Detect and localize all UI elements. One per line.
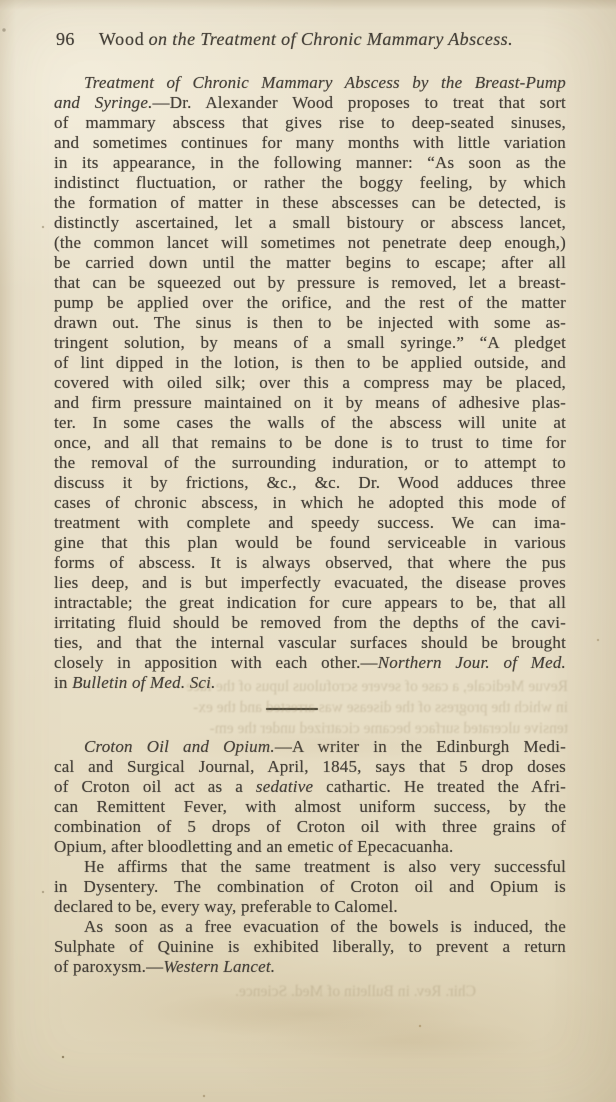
bleedthrough-text-bottom: Chir. Rev. in Bulletin of Med. Science. bbox=[56, 981, 476, 1002]
text-line: intractable; the great indication for cu… bbox=[54, 593, 566, 613]
text-line: and Syringe.—Dr. Alexander Wood proposes… bbox=[54, 93, 566, 113]
text-line: gine that this plan would be found servi… bbox=[54, 533, 566, 553]
text-line: discuss it by frictions, &c., &c. Dr. Wo… bbox=[54, 473, 566, 493]
text-line: treatment with complete and speedy succe… bbox=[54, 513, 566, 533]
scanned-book-page: 96 Woodon the Treatment of Chronic Mamma… bbox=[0, 0, 616, 1102]
text-line: indistinct fluctuation, or rather the bo… bbox=[54, 173, 566, 193]
running-head-title: on the Treatment of Chronic Mammary Absc… bbox=[149, 29, 513, 49]
text-line: in Dysentery. The combination of Croton … bbox=[54, 877, 566, 897]
text-line: of mammary abscess that gives rise to de… bbox=[54, 113, 566, 133]
text-line: distinctly ascertained, let a small bist… bbox=[54, 213, 566, 233]
text-line: He affirms that the same treatment is al… bbox=[54, 857, 566, 877]
article-mammary-abscess: Treatment of Chronic Mammary Abscess by … bbox=[54, 73, 566, 693]
text-line: (the common lancet will sometimes not pe… bbox=[54, 233, 566, 253]
text-line: of Croton oil act as a sedative catharti… bbox=[54, 777, 566, 797]
text-line: be carried down until the matter begins … bbox=[54, 253, 566, 273]
text-line: that can be squeezed out by pressure is … bbox=[54, 273, 566, 293]
text-line: forms of abscess. It is always observed,… bbox=[54, 553, 566, 573]
text-line: declared to be, every way, preferable to… bbox=[54, 897, 566, 917]
page-header: 96 Woodon the Treatment of Chronic Mamma… bbox=[54, 29, 566, 50]
bleedthrough-line: Chir. Rev. in Bulletin of Med. Science. bbox=[56, 981, 476, 1002]
text-line: tringent solution, by means of a small s… bbox=[54, 333, 566, 353]
text-line: drawn out. The sinus is then to be injec… bbox=[54, 313, 566, 333]
text-block: Treatment of Chronic Mammary Abscess by … bbox=[54, 73, 566, 977]
text-line: Opium, after bloodletting and an emetic … bbox=[54, 837, 566, 857]
text-line: once, and all that remains to be done is… bbox=[54, 433, 566, 453]
text-line: in its appearance, in the following mann… bbox=[54, 153, 566, 173]
text-line: the formation of matter in these abscess… bbox=[54, 193, 566, 213]
text-line: cal and Surgical Journal, April, 1845, s… bbox=[54, 757, 566, 777]
text-line: closely in apposition with each other.—N… bbox=[54, 653, 566, 673]
text-line: covered with oiled silk; over this a com… bbox=[54, 373, 566, 393]
text-line: combination of 5 drops of Croton oil wit… bbox=[54, 817, 566, 837]
running-head-author: Wood bbox=[99, 29, 145, 49]
article-croton-oil-and-opium: Croton Oil and Opium.—A writer in the Ed… bbox=[54, 737, 566, 977]
text-line: cases of chronic abscess, in which he ad… bbox=[54, 493, 566, 513]
text-line: ties, and that the internal vascular sur… bbox=[54, 633, 566, 653]
page-number: 96 bbox=[56, 29, 75, 50]
text-line: irritating fluid should be removed from … bbox=[54, 613, 566, 633]
text-line: in Bulletin of Med. Sci. bbox=[54, 673, 566, 693]
text-line: Treatment of Chronic Mammary Abscess by … bbox=[54, 73, 566, 93]
text-line: the removal of the surrounding induratio… bbox=[54, 453, 566, 473]
text-line: ter. In some cases the walls of the absc… bbox=[54, 413, 566, 433]
text-line: can Remittent Fever, with almost uniform… bbox=[54, 797, 566, 817]
text-line: and firm pressure maintained on it by me… bbox=[54, 393, 566, 413]
text-line: As soon as a free evacuation of the bowe… bbox=[54, 917, 566, 937]
section-divider-rule bbox=[266, 708, 318, 710]
text-line: Croton Oil and Opium.—A writer in the Ed… bbox=[54, 737, 566, 757]
text-line: and sometimes continues for many months … bbox=[54, 133, 566, 153]
text-line: Sulphate of Quinine is exhibited liberal… bbox=[54, 937, 566, 957]
text-line: of lint dipped in the lotion, is then to… bbox=[54, 353, 566, 373]
text-line: pump be applied over the orifice, and th… bbox=[54, 293, 566, 313]
text-line: lies deep, and is but imperfectly evacua… bbox=[54, 573, 566, 593]
text-line: of paroxysm.—Western Lancet. bbox=[54, 957, 566, 977]
running-head: Woodon the Treatment of Chronic Mammary … bbox=[99, 29, 513, 50]
